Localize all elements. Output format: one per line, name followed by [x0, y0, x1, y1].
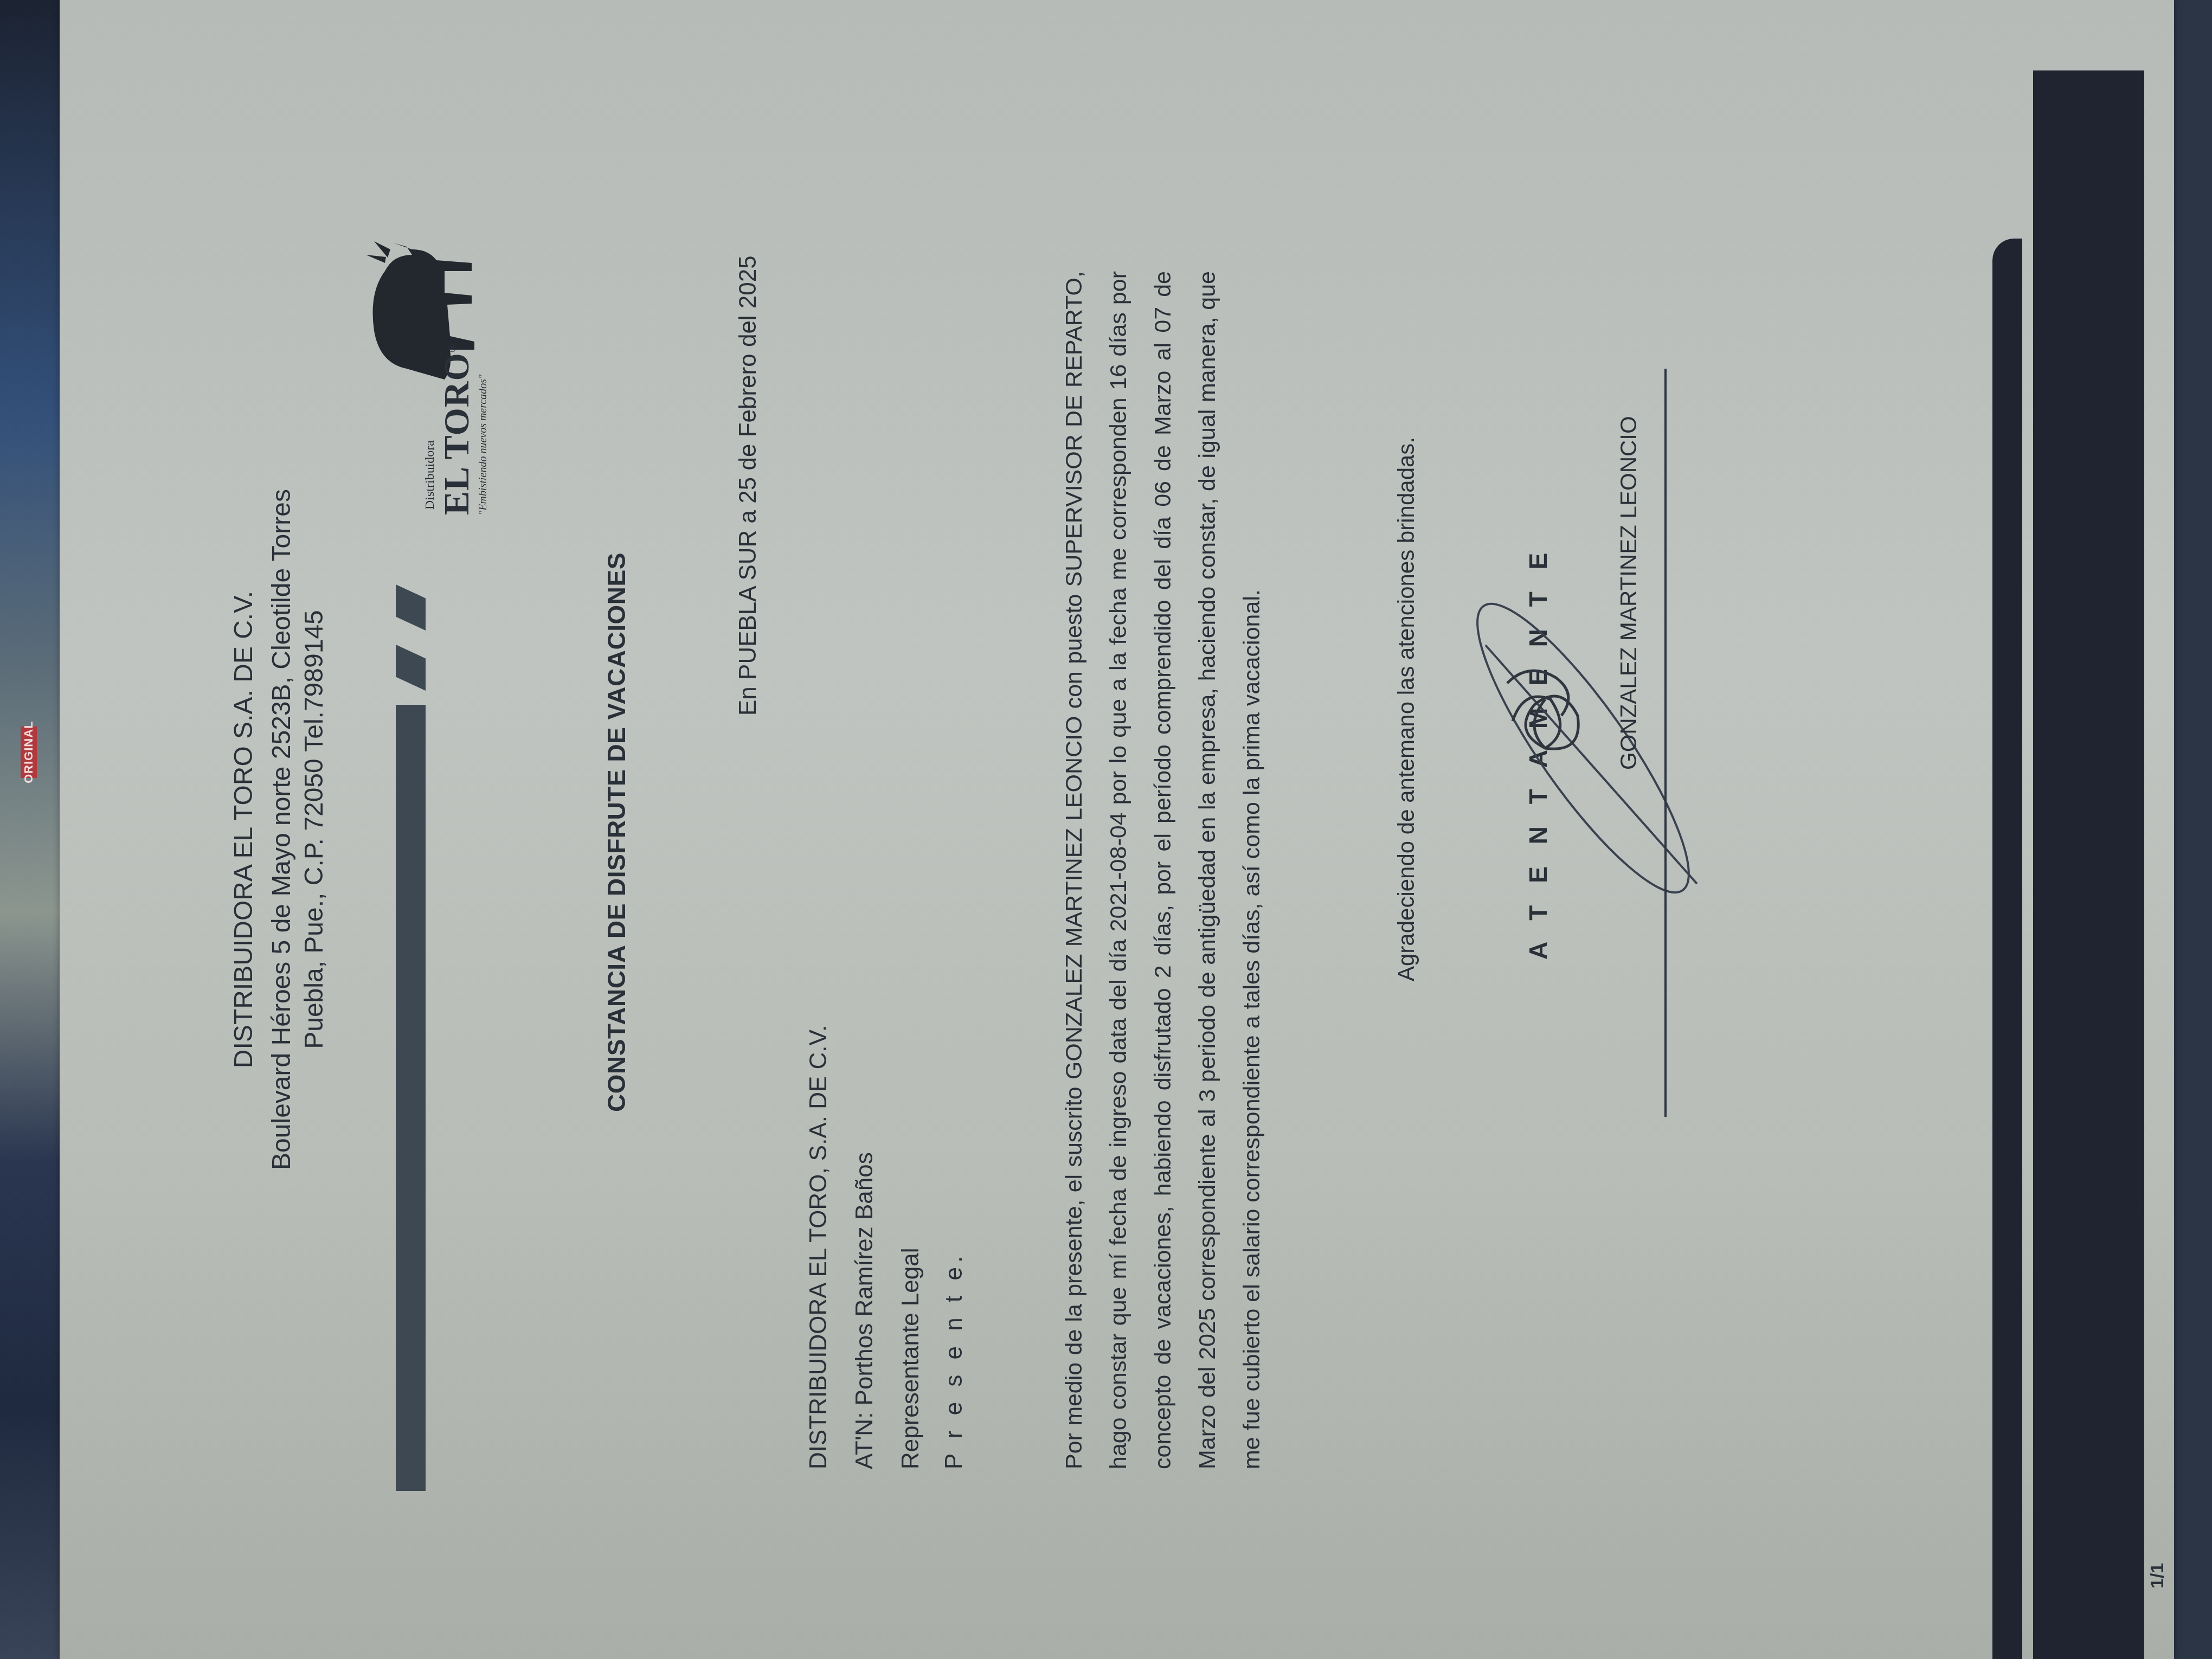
signature-line — [1664, 369, 1667, 1117]
company-address-line1: Boulevard Héroes 5 de Mayo norte 2523B, … — [266, 450, 298, 1209]
page-number: 1/1 — [2147, 1563, 2168, 1589]
registered-mark: ® — [445, 343, 459, 352]
document-title: CONSTANCIA DE DISFRUTE DE VACACIONES — [602, 493, 631, 1171]
body-paragraph: Por medio de la presente, el suscrito GO… — [1052, 271, 1274, 1469]
logo-slogan: "Embistiendo nuevos mercados" — [477, 375, 490, 515]
place-date: En PUEBLA SUR a 25 de Febrero del 2025 — [735, 255, 762, 716]
logo-prefix: Distribuidora — [423, 440, 438, 510]
document-page: DISTRIBUIDORA EL TORO S.A. DE C.V. Boule… — [60, 0, 2174, 1659]
logo-name: EL TORO — [437, 352, 477, 515]
addressee-presente: P r e s e n t e. — [941, 1252, 968, 1469]
company-name: DISTRIBUIDORA EL TORO S.A. DE C.V. — [228, 450, 260, 1209]
company-logo: Distribuidora EL TORO® "Embistiendo nuev… — [342, 233, 515, 515]
header-band — [396, 553, 426, 1491]
addressee-company: DISTRIBUIDORA EL TORO, S.A. DE C.V. — [805, 1025, 832, 1469]
footer-band-thick — [2033, 70, 2144, 1659]
company-address-line2: Puebla, Pue., C.P. 72050 Tel.7989145 — [298, 450, 331, 1209]
addressee-attention: AT'N: Porthos Ramírez Baños — [851, 1152, 878, 1469]
closing-line: Agradeciendo de antemano las atenciones … — [1393, 437, 1419, 981]
addressee-role: Representante Legal — [897, 1248, 924, 1469]
signer-name: GONZALEZ MARTINEZ LEONCIO — [1616, 416, 1642, 770]
footer-band-thin — [1992, 239, 2022, 1659]
original-label: ORIGINAL — [21, 726, 37, 778]
signature-scribble — [1464, 548, 1702, 927]
